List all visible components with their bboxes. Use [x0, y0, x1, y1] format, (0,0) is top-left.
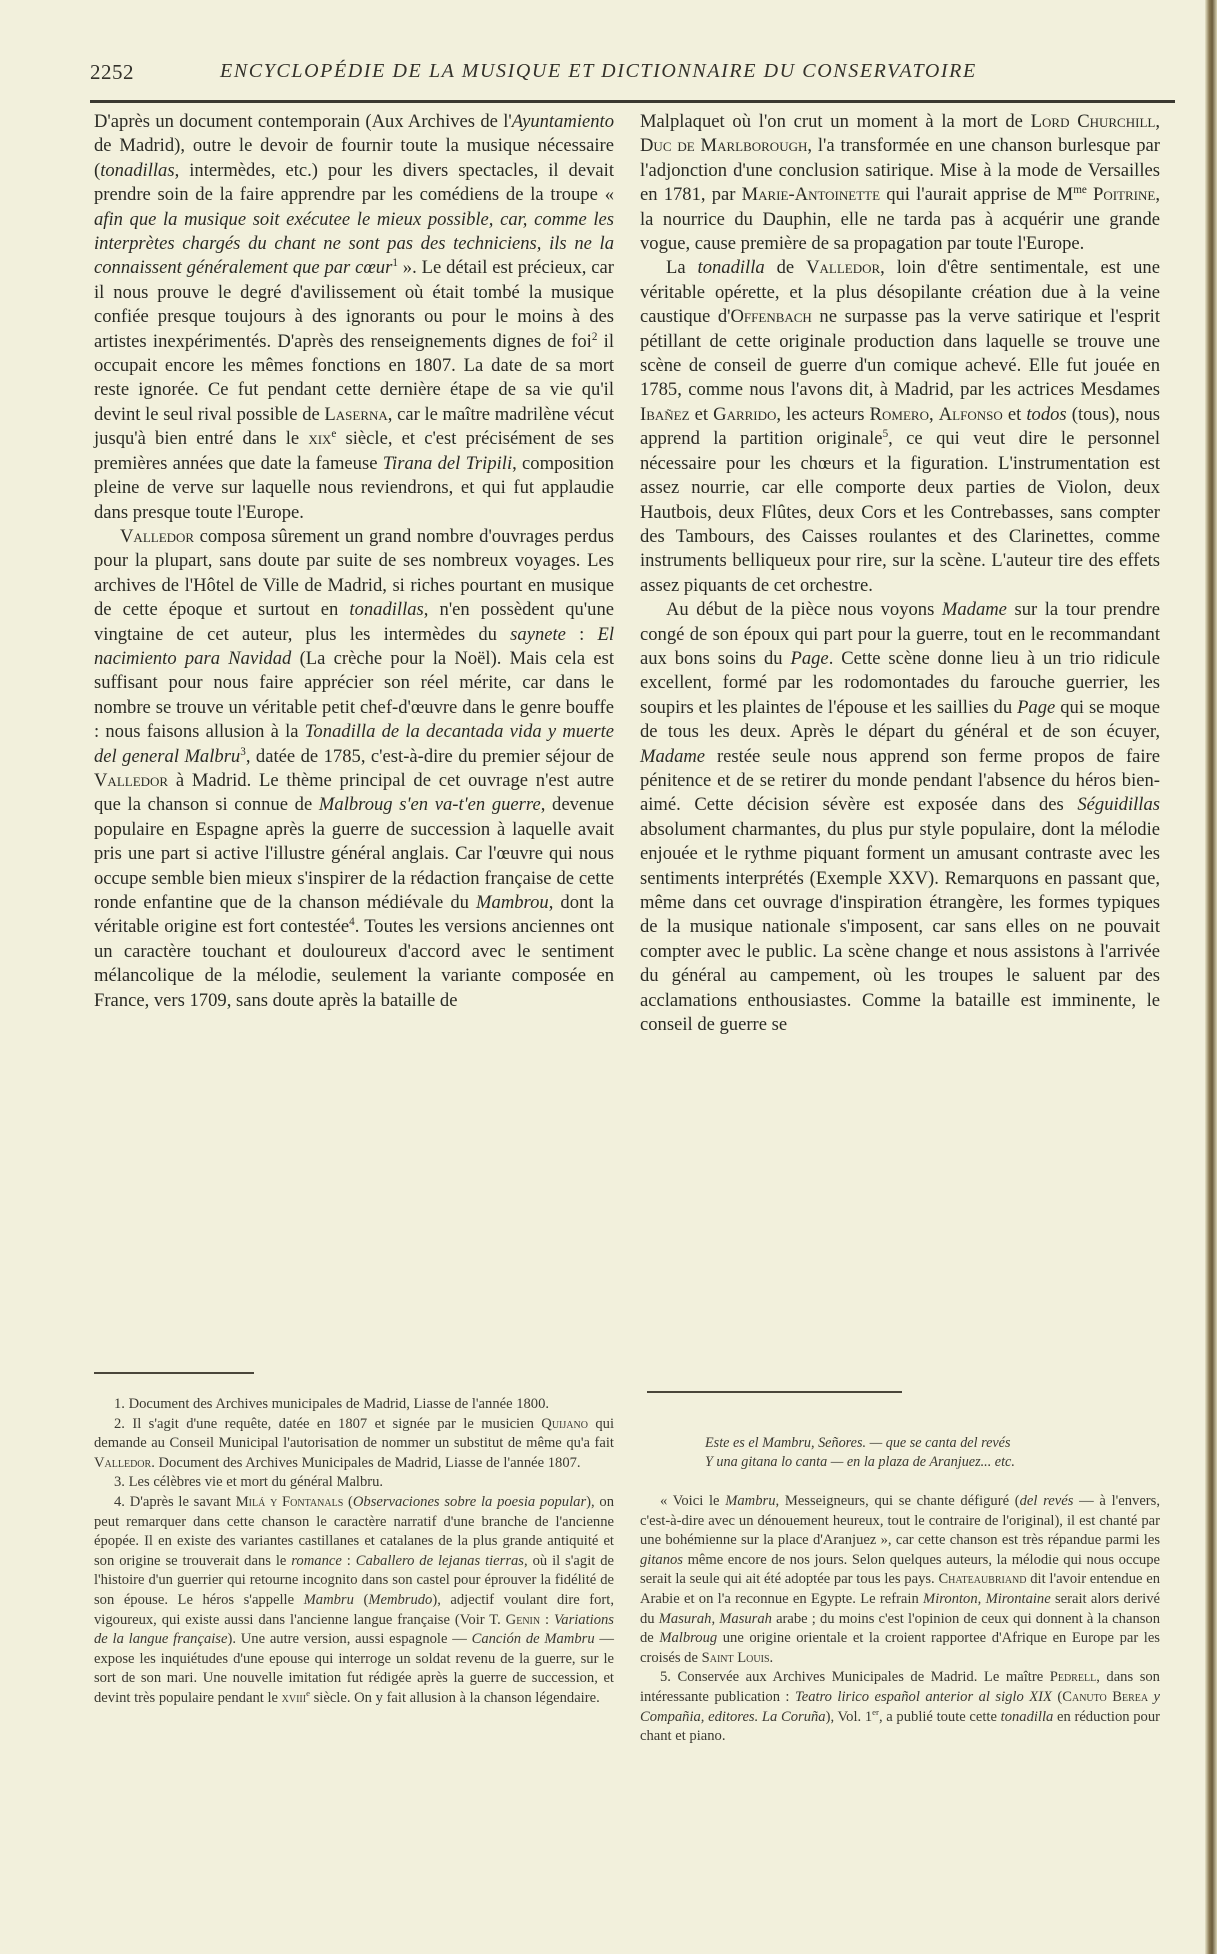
paragraph: D'après un document contemporain (Aux Ar…: [94, 110, 614, 525]
small-caps-name: Quijano: [541, 1416, 588, 1432]
text-run: ), Vol. 1: [826, 1709, 873, 1725]
small-caps-name: Valledor: [94, 770, 168, 791]
text-run: siècle. On y fait allusion à la chanson …: [310, 1690, 600, 1706]
page-edge-shadow: [1205, 0, 1217, 1954]
paragraph: La tonadilla de Valledor, loin d'être se…: [640, 256, 1160, 598]
text-run: absolument charmantes, du plus pur style…: [640, 819, 1160, 1035]
paragraph: « Voici le Mambru, Messeigneurs, qui se …: [640, 1492, 1160, 1668]
text-run: Malplaquet où l'on crut un moment à la m…: [640, 111, 1031, 132]
italic-text: Teatro lirico español anterior al siglo …: [795, 1689, 1052, 1705]
small-caps-name: Milá y Fontanals: [236, 1494, 344, 1510]
small-caps-name: Genin: [506, 1612, 540, 1628]
text-run: et: [1003, 404, 1027, 425]
italic-text: Mambru: [304, 1592, 354, 1608]
footnote-rule-left: [94, 1372, 254, 1374]
text-run: , datée de 1785, c'est-à-dire du premier…: [246, 746, 614, 767]
text-run: , a publié toute cette: [879, 1709, 1001, 1725]
text-run: (: [343, 1494, 353, 1510]
paragraph: 5. Conservée aux Archives Municipales de…: [640, 1668, 1160, 1746]
italic-text: Malbroug: [659, 1630, 717, 1646]
text-run: , Messeigneurs, qui se chante défiguré (: [776, 1493, 1020, 1509]
paragraph: Au début de la pièce nous voyons Madame …: [640, 598, 1160, 1037]
small-caps-name: Chateaubriand: [938, 1571, 1026, 1587]
text-run: « Voici le: [660, 1493, 725, 1509]
text-run: 4. D'après le savant: [114, 1494, 236, 1510]
italic-text: tonadillas: [349, 599, 423, 620]
italic-text: Page: [790, 648, 828, 669]
paragraph: 4. D'après le savant Milá y Fontanals (O…: [94, 1493, 614, 1709]
italic-text: Mambru: [725, 1493, 775, 1509]
italic-text: gitanos: [640, 1552, 683, 1568]
italic-text: tonadilla: [1001, 1709, 1054, 1725]
header-rule: [90, 100, 1175, 103]
footnotes-right-body: « Voici le Mambru, Messeigneurs, qui se …: [640, 1492, 1160, 1747]
small-caps-name: Ibañez: [640, 404, 690, 425]
small-caps-name: Poitrine: [1093, 184, 1155, 205]
small-caps-name: Saint Louis: [702, 1650, 770, 1666]
small-caps-name: Marie-Antoinette: [742, 184, 880, 205]
text-run: ,: [978, 1591, 986, 1607]
text-run: 5. Conservée aux Archives Municipales de…: [660, 1669, 1050, 1685]
italic-text: Madame: [942, 599, 1007, 620]
italic-text: Mirontaine: [986, 1591, 1051, 1607]
text-run: ,: [929, 404, 939, 425]
italic-text: tonadilla: [698, 257, 765, 278]
text-run: (: [1052, 1689, 1062, 1705]
text-run: :: [342, 1553, 356, 1569]
verse-line: Este es el Mambru, Señores. — que se can…: [705, 1434, 1160, 1453]
paragraph: Valledor composa sûrement un grand nombr…: [94, 525, 614, 1013]
text-run: .: [770, 1650, 774, 1666]
small-caps-name: xix: [308, 428, 331, 449]
text-run: D'après un document contemporain (Aux Ar…: [94, 111, 512, 132]
italic-text: Tirana del Tripili: [383, 453, 512, 474]
text-run: ). Une autre version, aussi espagnole —: [227, 1631, 471, 1647]
italic-text: Canción de Mambru: [472, 1631, 595, 1647]
text-run: , ce qui veut dire le personnel nécessai…: [640, 428, 1160, 595]
small-caps-name: Offenbach: [730, 306, 811, 327]
paragraph: 3. Les célèbres vie et mort du général M…: [94, 1473, 614, 1493]
footnote-marker: er: [872, 1707, 879, 1717]
italic-text: Séguidillas: [1077, 794, 1160, 815]
text-run: 2. Il s'agit d'une requête, datée en 180…: [114, 1416, 541, 1432]
text-run: 1. Document des Archives municipales de …: [114, 1396, 549, 1412]
body-column-right: Malplaquet où l'on crut un moment à la m…: [640, 110, 1160, 1037]
italic-text: Mironton: [923, 1591, 978, 1607]
spanish-verse-quote: Este es el Mambru, Señores. — que se can…: [640, 1434, 1160, 1471]
italic-text: todos: [1026, 404, 1066, 425]
text-run: de: [765, 257, 806, 278]
paragraph: 1. Document des Archives municipales de …: [94, 1395, 614, 1415]
small-caps-name: Valledor: [806, 257, 880, 278]
text-run: , les acteurs: [776, 404, 869, 425]
italic-text: Mambrou: [476, 892, 549, 913]
italic-text: Caballero de lejanas tierras: [356, 1553, 524, 1569]
text-run: . Document des Archives Municipales de M…: [151, 1455, 580, 1471]
italic-text: Ayuntamiento: [512, 111, 614, 132]
paragraph: Malplaquet où l'on crut un moment à la m…: [640, 110, 1160, 256]
footnote-rule-right: [647, 1391, 902, 1393]
page-header: 2252 ENCYCLOPÉDIE DE LA MUSIQUE ET DICTI…: [90, 60, 1170, 90]
body-column-left: D'après un document contemporain (Aux Ar…: [94, 110, 614, 1013]
small-caps-name: Garrido: [713, 404, 776, 425]
small-caps-name: xviii: [282, 1690, 306, 1706]
text-run: qui l'aurait apprise de M: [880, 184, 1073, 205]
footnotes-left: 1. Document des Archives municipales de …: [94, 1395, 614, 1709]
text-run: :: [540, 1612, 554, 1628]
small-caps-name: Valledor: [120, 526, 194, 547]
italic-text: del revés: [1020, 1493, 1074, 1509]
footnotes-right: Este es el Mambru, Señores. — que se can…: [640, 1434, 1160, 1747]
italic-text: Observaciones sobre la poesia popular: [353, 1494, 586, 1510]
paragraph: 2. Il s'agit d'une requête, datée en 180…: [94, 1415, 614, 1474]
italic-text: romance: [291, 1553, 342, 1569]
small-caps-name: Romero: [870, 404, 929, 425]
text-run: :: [566, 624, 598, 645]
italic-text: Membrudo: [368, 1592, 432, 1608]
text-run: La: [666, 257, 698, 278]
verse-line: Y una gitana lo canta — en la plaza de A…: [705, 1453, 1160, 1472]
page-number: 2252: [90, 60, 134, 85]
small-caps-name: Valledor: [94, 1455, 151, 1471]
italic-text: Malbroug s'en va-t'en guerre: [319, 794, 541, 815]
small-caps-name: Canuto Berea: [1062, 1689, 1148, 1705]
text-run: 3. Les célèbres vie et mort du général M…: [114, 1474, 383, 1490]
running-title: ENCYCLOPÉDIE DE LA MUSIQUE ET DICTIONNAI…: [220, 60, 977, 83]
small-caps-name: Alfonso: [939, 404, 1003, 425]
text-run: Au début de la pièce nous voyons: [666, 599, 942, 620]
italic-text: Madame: [640, 746, 705, 767]
italic-text: saynete: [510, 624, 566, 645]
small-caps-name: Laserna: [324, 404, 387, 425]
italic-text: Masurah: [659, 1611, 712, 1627]
footnote-marker: me: [1073, 184, 1087, 196]
italic-text: tonadillas: [100, 160, 174, 181]
italic-text: Masurah: [719, 1611, 772, 1627]
text-run: et: [690, 404, 714, 425]
text-run: (: [354, 1592, 368, 1608]
small-caps-name: Pedrell: [1050, 1669, 1096, 1685]
italic-text: Page: [1017, 697, 1055, 718]
